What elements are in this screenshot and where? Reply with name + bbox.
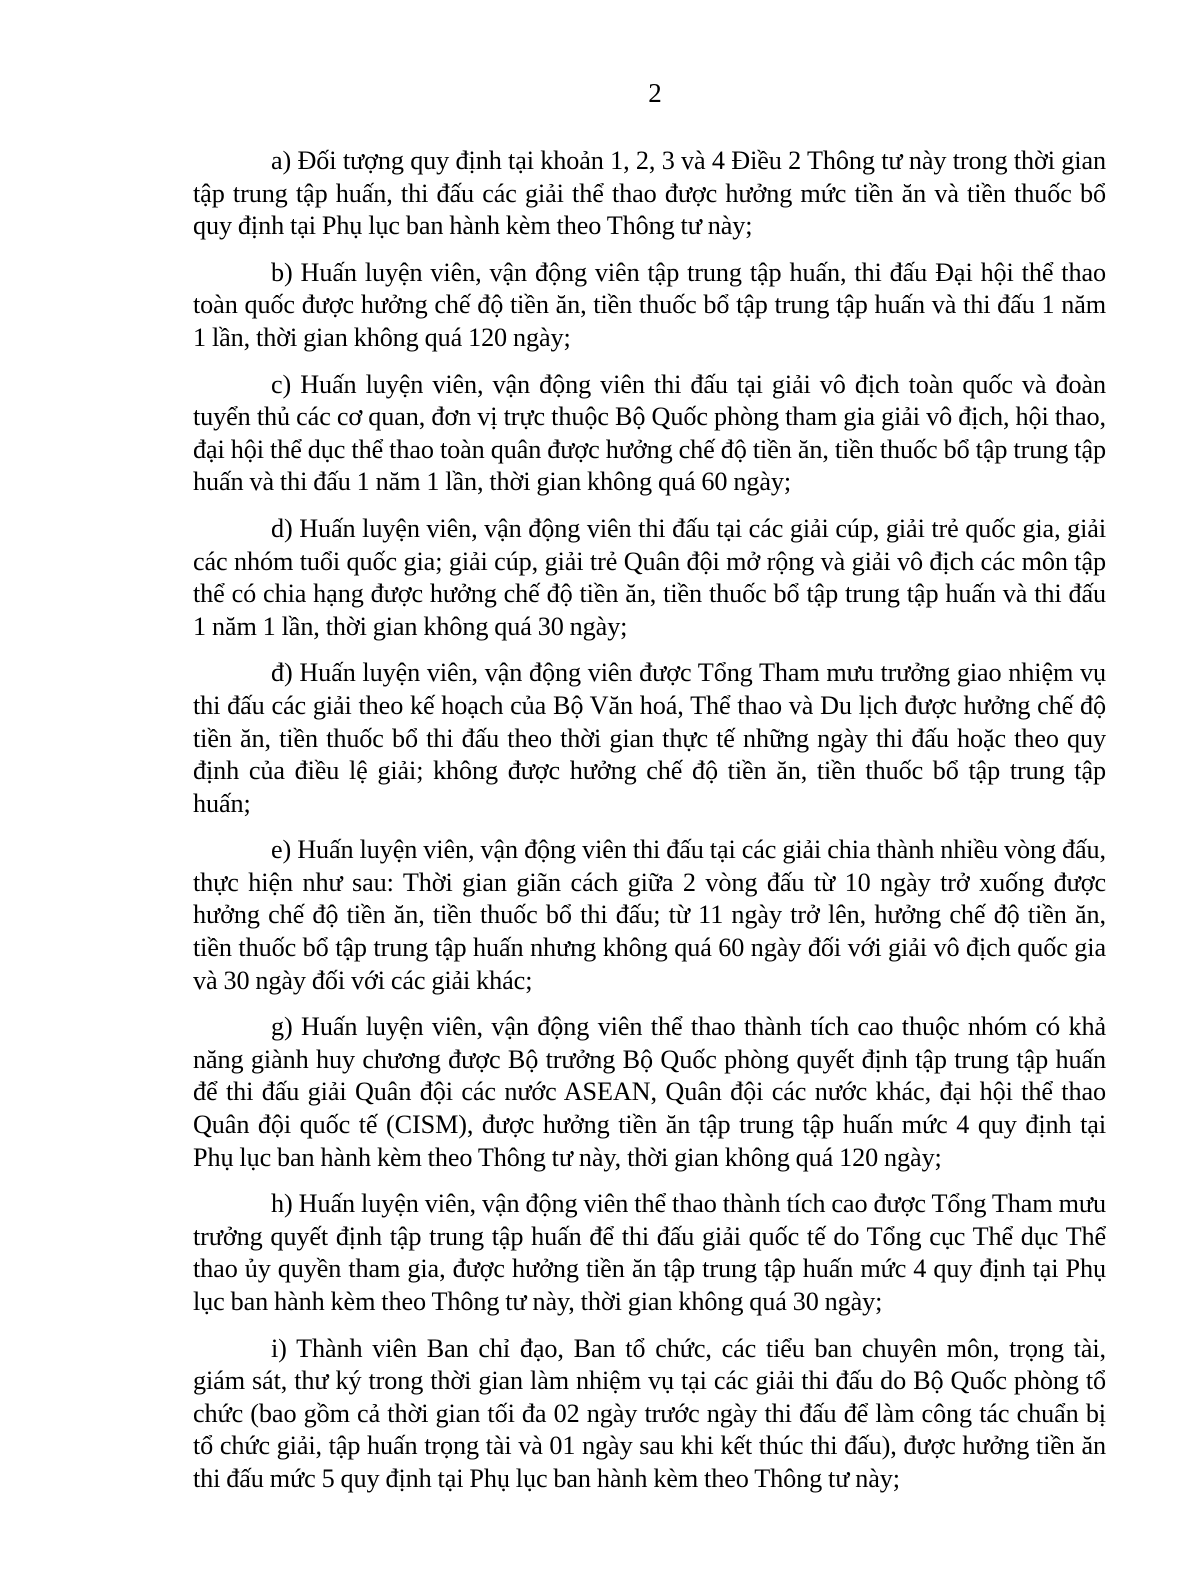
paragraph-a: a) Đối tượng quy định tại khoản 1, 2, 3 … xyxy=(193,145,1106,243)
paragraph-g: g) Huấn luyện viên, vận động viên thể th… xyxy=(193,1011,1106,1174)
document-page: 2 a) Đối tượng quy định tại khoản 1, 2, … xyxy=(0,0,1195,1582)
paragraph-dd: đ) Huấn luyện viên, vận động viên được T… xyxy=(193,657,1106,820)
paragraph-b: b) Huấn luyện viên, vận động viên tập tr… xyxy=(193,257,1106,355)
paragraph-d: d) Huấn luyện viên, vận động viên thi đấ… xyxy=(193,513,1106,643)
paragraph-c: c) Huấn luyện viên, vận động viên thi đấ… xyxy=(193,369,1106,499)
paragraph-h: h) Huấn luyện viên, vận động viên thể th… xyxy=(193,1188,1106,1318)
document-body: a) Đối tượng quy định tại khoản 1, 2, 3 … xyxy=(193,145,1106,1508)
paragraph-e: e) Huấn luyện viên, vận động viên thi đấ… xyxy=(193,834,1106,997)
paragraph-i: i) Thành viên Ban chỉ đạo, Ban tổ chức, … xyxy=(193,1333,1106,1496)
page-number: 2 xyxy=(0,78,1195,108)
